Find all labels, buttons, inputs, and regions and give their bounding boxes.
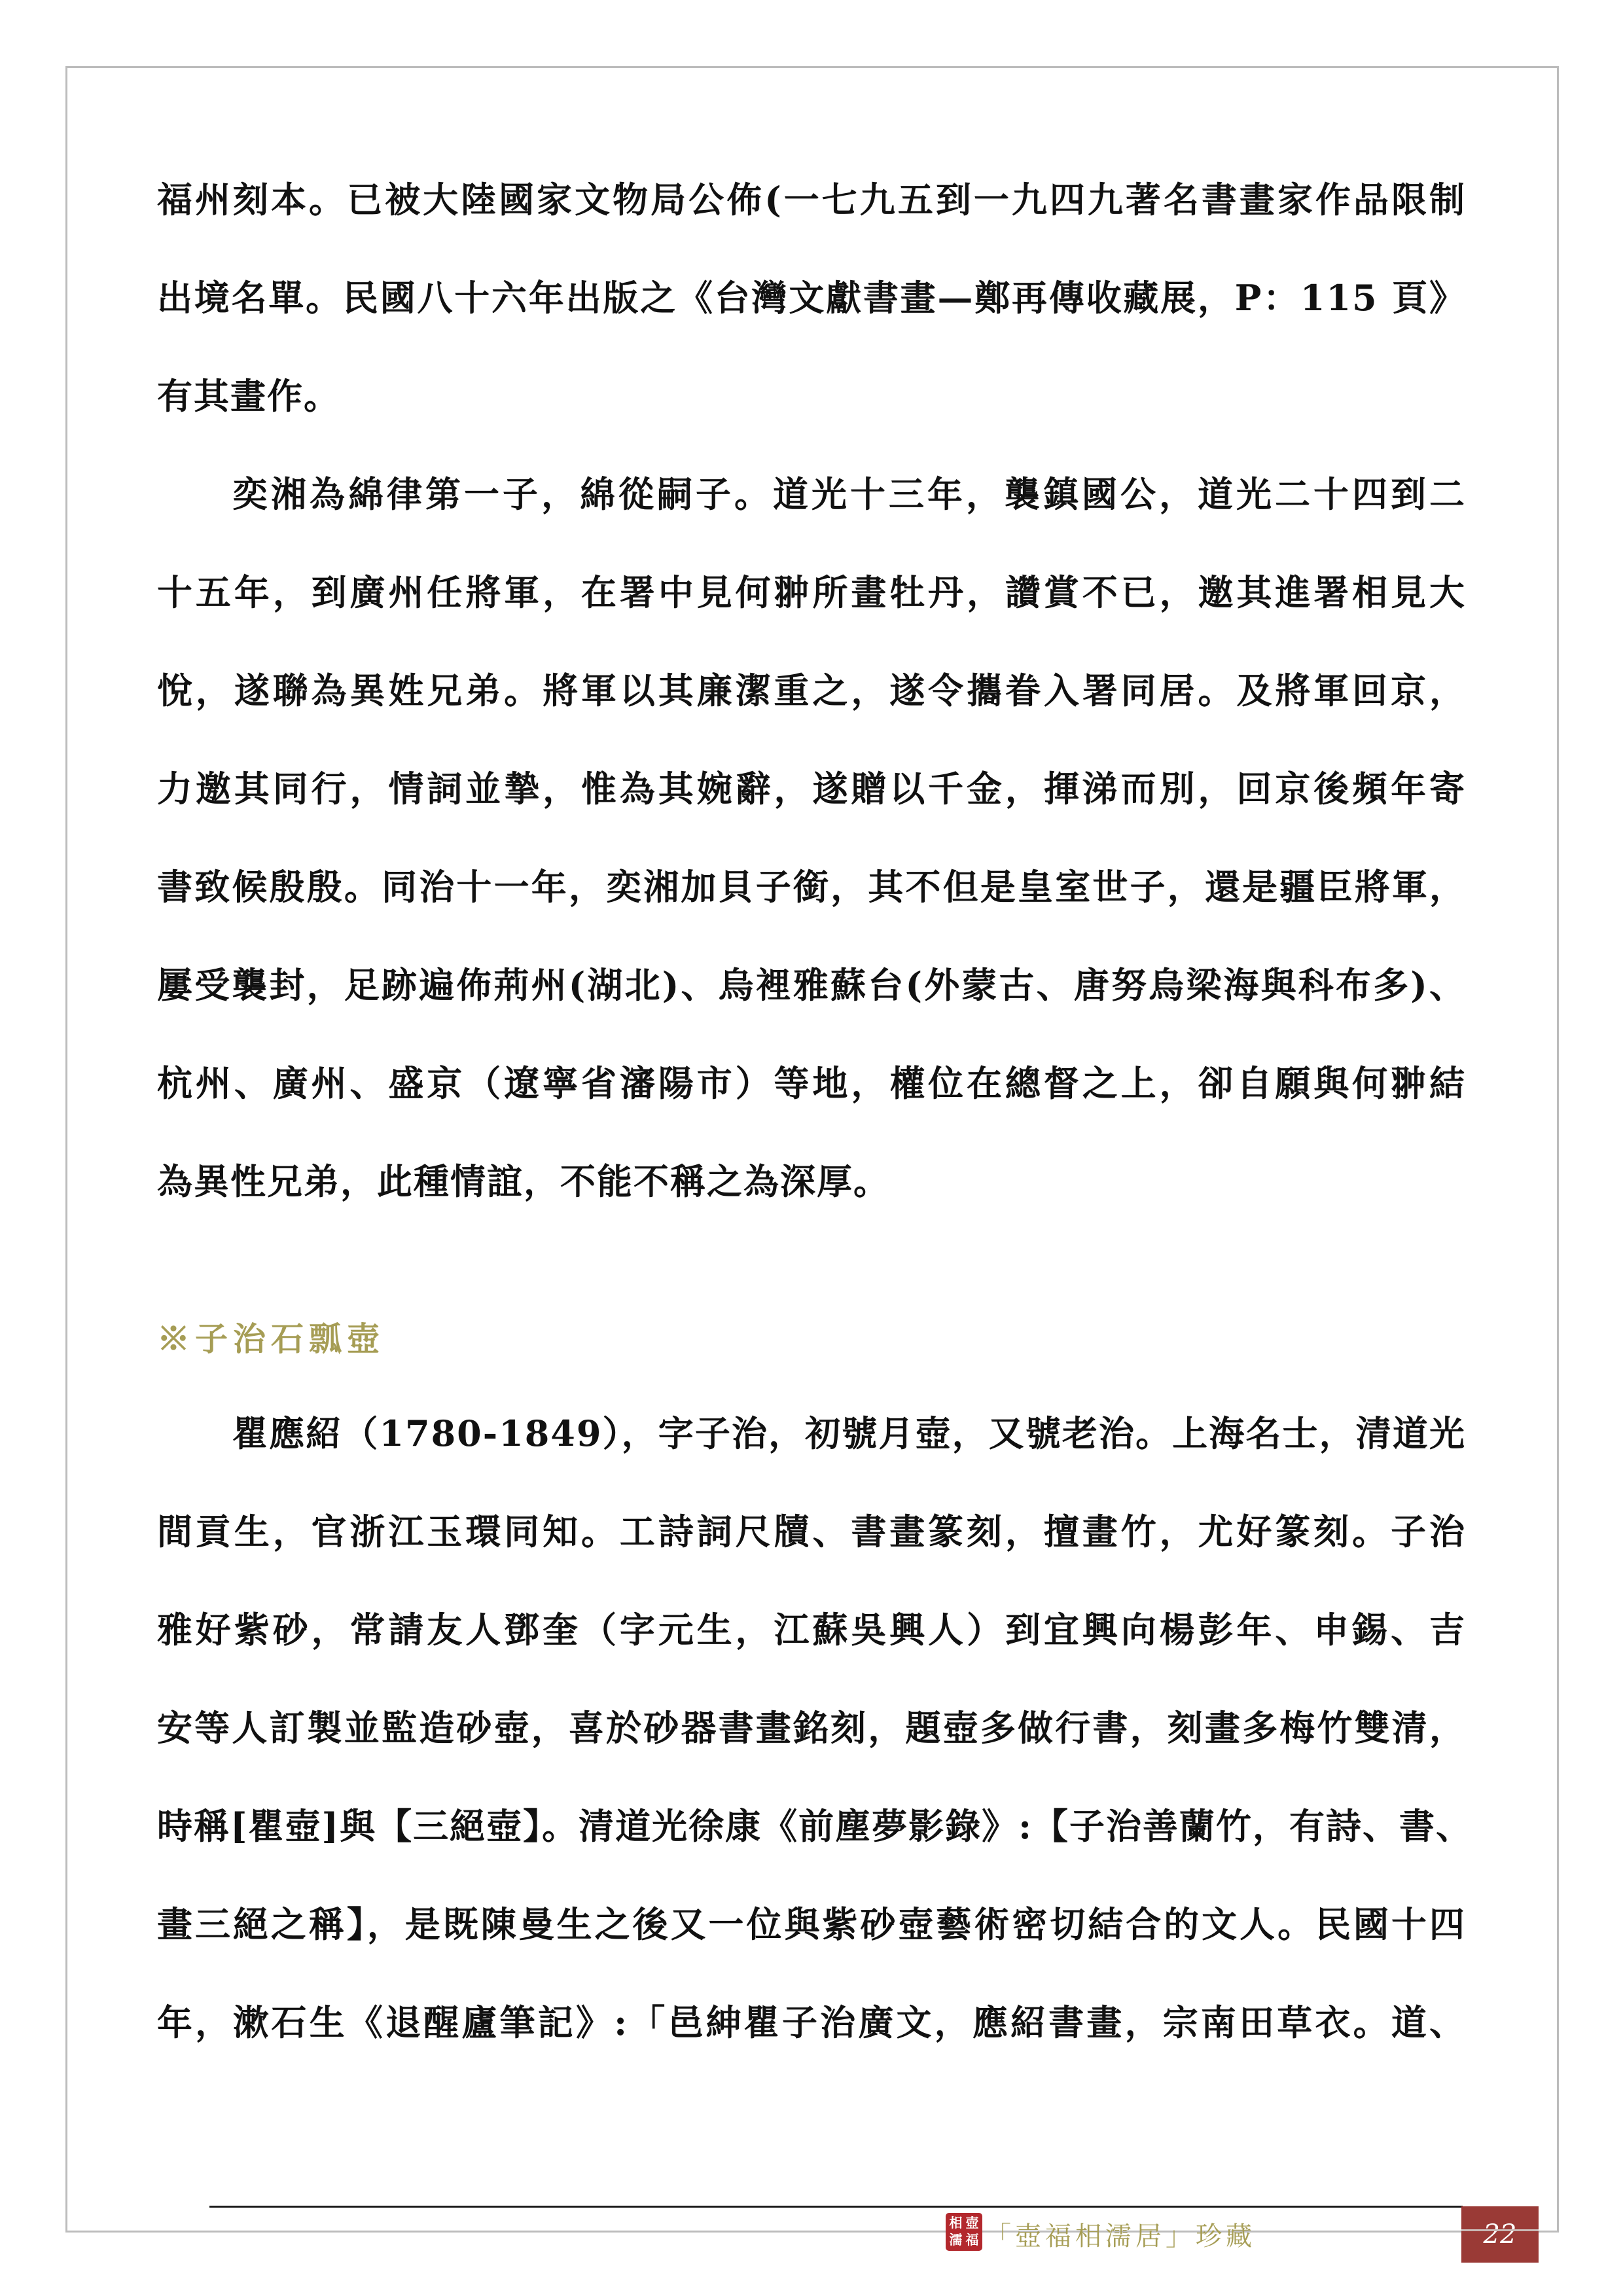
paragraph-line: 年，漱石生《退醒廬筆記》:「邑紳瞿子治廣文，應紹書畫，宗南田草衣。道、: [157, 1996, 1466, 2049]
seal-char: 福: [964, 2232, 980, 2249]
seal-char: 相: [948, 2215, 964, 2232]
paragraph-line: 間貢生，官浙江玉環同知。工詩詞尺牘、書畫篆刻，擅畫竹，尤好篆刻。子治: [157, 1505, 1466, 1558]
paragraph-line: 悅，遂聯為異姓兄弟。將軍以其廉潔重之，遂令攜眷入署同居。及將軍回京，: [157, 664, 1466, 717]
paragraph-line: 書致候殷殷。同治十一年，奕湘加貝子銜，其不但是皇室世子，還是疆臣將軍，: [157, 861, 1466, 913]
paragraph-line: 安等人訂製並監造砂壺，喜於砂器書畫銘刻，題壺多做行書，刻畫多梅竹雙清，: [157, 1702, 1466, 1754]
paragraph-line: 瞿應紹（1780-1849），字子治，初號月壺，又號老治。上海名士，清道光: [232, 1407, 1466, 1460]
paragraph-line: 為異性兄弟，此種情誼，不能不稱之為深厚。: [157, 1155, 1466, 1208]
paragraph-line: 雅好紫砂，常請友人鄧奎（字元生，江蘇吳興人）到宜興向楊彭年、申錫、吉: [157, 1604, 1466, 1656]
seal-char: 壺: [964, 2215, 980, 2232]
footer-brand-text: 「壺福相濡居」珍藏: [985, 2214, 1256, 2259]
page-border-overlay: [1461, 2229, 1539, 2231]
page-number: 22: [1461, 2206, 1539, 2263]
paragraph-line: 時稱[瞿壺]與【三絕壺】。清道光徐康《前塵夢影錄》:【子治善蘭竹，有詩、書、: [157, 1800, 1466, 1852]
paragraph-line: 福州刻本。已被大陸國家文物局公佈(一七九五到一九四九著名書畫家作品限制: [157, 173, 1466, 226]
paragraph-line: 畫三絕之稱】，是既陳曼生之後又一位與紫砂壺藝術密切結合的文人。民國十四: [157, 1898, 1466, 1950]
paragraph-line: 力邀其同行，情詞並摯，惟為其婉辭，遂贈以千金，揮涕而別，回京後頻年寄: [157, 762, 1466, 815]
footer-rule: [209, 2206, 1463, 2208]
paragraph-line: 十五年，到廣州任將軍，在署中見何翀所畫牡丹，讚賞不已，邀其進署相見大: [157, 566, 1466, 619]
paragraph-line: 有其畫作。: [157, 370, 1466, 422]
paragraph-line: 出境名單。民國八十六年出版之《台灣文獻書畫—鄭再傳收藏展，P：115 頁》: [157, 272, 1466, 324]
page-number-label: 22: [1484, 2219, 1517, 2250]
paragraph-line: 奕湘為綿律第一子，綿從嗣子。道光十三年，襲鎮國公，道光二十四到二: [232, 468, 1466, 520]
paragraph-line: 杭州、廣州、盛京（遼寧省瀋陽市）等地，權位在總督之上，卻自願與何翀結: [157, 1057, 1466, 1109]
seal-char: 濡: [948, 2232, 964, 2249]
seal-stamp-icon: 壺 福 相 濡: [946, 2213, 982, 2251]
section-heading: ※子治石瓢壺: [157, 1313, 385, 1365]
paragraph-line: 屢受襲封，足跡遍佈荊州(湖北)、烏裡雅蘇台(外蒙古、唐努烏梁海與科布多)、: [157, 959, 1466, 1011]
